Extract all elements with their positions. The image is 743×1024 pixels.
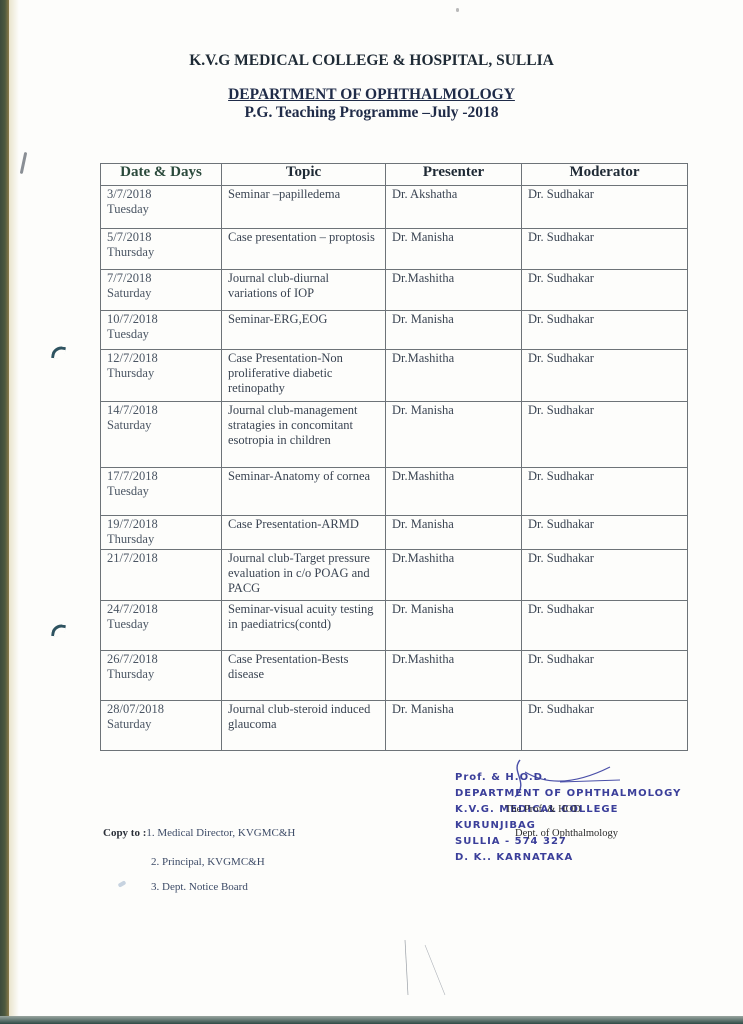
moderator-cell: Dr. Sudhakar (522, 186, 688, 229)
copy-to-label: Copy to : (103, 827, 146, 839)
copy-to-item: 1. Medical Director, KVGMC&H (146, 827, 295, 839)
presenter-cell: Dr.Mashitha (386, 468, 522, 516)
day-text: Tuesday (107, 202, 215, 217)
header-presenter: Presenter (386, 164, 522, 186)
topic-cell: Seminar-visual acuity testing in paediat… (222, 601, 386, 651)
table-row: 7/7/2018SaturdayJournal club-diurnal var… (101, 270, 688, 311)
date-text: 21/7/2018 (107, 551, 215, 566)
moderator-cell: Dr. Sudhakar (522, 701, 688, 751)
day-text: Saturday (107, 286, 215, 301)
date-cell: 21/7/2018 (101, 550, 222, 601)
scan-speck (456, 8, 459, 12)
date-cell: 14/7/2018Saturday (101, 402, 222, 468)
moderator-cell: Dr. Sudhakar (522, 516, 688, 550)
day-text: Tuesday (107, 327, 215, 342)
copy-to-item: 2. Principal, KVGMC&H (151, 856, 265, 868)
topic-cell: Journal club-Target pressure evaluation … (222, 550, 386, 601)
presenter-cell: Dr. Manisha (386, 229, 522, 270)
date-text: 12/7/2018 (107, 351, 215, 366)
pen-mark (118, 880, 127, 887)
table-row: 24/7/2018TuesdaySeminar-visual acuity te… (101, 601, 688, 651)
date-cell: 10/7/2018Tuesday (101, 311, 222, 350)
table-row: 26/7/2018ThursdayCase Presentation-Bests… (101, 651, 688, 701)
date-text: 26/7/2018 (107, 652, 215, 667)
stamp-line: Prof. & H.O.D. (455, 770, 681, 786)
moderator-cell: Dr. Sudhakar (522, 270, 688, 311)
stamp-overlay-title: The Prof. & HOD (505, 802, 581, 818)
department-title: DEPARTMENT OF OPHTHALMOLOGY (0, 86, 743, 104)
table-row: 21/7/2018Journal club-Target pressure ev… (101, 550, 688, 601)
table-row: 17/7/2018TuesdaySeminar-Anatomy of corne… (101, 468, 688, 516)
header-moderator: Moderator (522, 164, 688, 186)
table-row: 14/7/2018SaturdayJournal club-management… (101, 402, 688, 468)
presenter-cell: Dr.Mashitha (386, 350, 522, 402)
moderator-cell: Dr. Sudhakar (522, 402, 688, 468)
scan-edge-bottom (0, 1016, 743, 1024)
table-row: 19/7/2018ThursdayCase Presentation-ARMDD… (101, 516, 688, 550)
topic-cell: Case Presentation-ARMD (222, 516, 386, 550)
presenter-cell: Dr. Manisha (386, 311, 522, 350)
date-cell: 12/7/2018Thursday (101, 350, 222, 402)
table-row: 5/7/2018ThursdayCase presentation – prop… (101, 229, 688, 270)
institution-title: K.V.G MEDICAL COLLEGE & HOSPITAL, SULLIA (0, 52, 743, 70)
presenter-cell: Dr.Mashitha (386, 270, 522, 311)
copy-to-item: 3. Dept. Notice Board (151, 881, 248, 893)
date-cell: 19/7/2018Thursday (101, 516, 222, 550)
schedule-table: Date & Days Topic Presenter Moderator 3/… (100, 163, 688, 751)
hod-stamp: Prof. & H.O.D. DEPARTMENT OF OPHTHALMOLO… (455, 770, 681, 866)
topic-cell: Seminar –papilledema (222, 186, 386, 229)
day-text: Thursday (107, 245, 215, 260)
date-cell: 17/7/2018Tuesday (101, 468, 222, 516)
stamp-line: DEPARTMENT OF OPHTHALMOLOGY (455, 786, 681, 802)
topic-cell: Case Presentation-Non proliferative diab… (222, 350, 386, 402)
topic-cell: Case presentation – proptosis (222, 229, 386, 270)
date-text: 17/7/2018 (107, 469, 215, 484)
day-text: Tuesday (107, 484, 215, 499)
table-header-row: Date & Days Topic Presenter Moderator (101, 164, 688, 186)
day-text: Thursday (107, 667, 215, 682)
date-text: 14/7/2018 (107, 403, 215, 418)
date-cell: 26/7/2018Thursday (101, 651, 222, 701)
table-row: 3/7/2018TuesdaySeminar –papilledemaDr. A… (101, 186, 688, 229)
topic-cell: Seminar-Anatomy of cornea (222, 468, 386, 516)
header-date: Date & Days (101, 164, 222, 186)
paper-crease (400, 940, 450, 1000)
presenter-cell: Dr. Manisha (386, 701, 522, 751)
stamp-overlay-dept: Dept. of Ophthalmology (515, 826, 618, 842)
table-row: 10/7/2018TuesdaySeminar-ERG,EOGDr. Manis… (101, 311, 688, 350)
scan-shadow (9, 0, 19, 1024)
date-text: 7/7/2018 (107, 271, 215, 286)
moderator-cell: Dr. Sudhakar (522, 468, 688, 516)
day-text: Tuesday (107, 617, 215, 632)
topic-cell: Seminar-ERG,EOG (222, 311, 386, 350)
date-cell: 5/7/2018Thursday (101, 229, 222, 270)
presenter-cell: Dr. Manisha (386, 402, 522, 468)
day-text: Thursday (107, 366, 215, 381)
presenter-cell: Dr. Akshatha (386, 186, 522, 229)
scan-mark (20, 152, 28, 174)
date-text: 28/07/2018 (107, 702, 215, 717)
day-text: Saturday (107, 418, 215, 433)
day-text: Thursday (107, 532, 215, 547)
moderator-cell: Dr. Sudhakar (522, 350, 688, 402)
stamp-line: D. K.. KARNATAKA (455, 850, 681, 866)
topic-cell: Case Presentation-Bests disease (222, 651, 386, 701)
date-cell: 28/07/2018Saturday (101, 701, 222, 751)
date-cell: 7/7/2018Saturday (101, 270, 222, 311)
moderator-cell: Dr. Sudhakar (522, 550, 688, 601)
date-text: 5/7/2018 (107, 230, 215, 245)
date-text: 3/7/2018 (107, 187, 215, 202)
date-text: 10/7/2018 (107, 312, 215, 327)
topic-cell: Journal club-diurnal variations of IOP (222, 270, 386, 311)
date-text: 19/7/2018 (107, 517, 215, 532)
moderator-cell: Dr. Sudhakar (522, 651, 688, 701)
date-cell: 3/7/2018Tuesday (101, 186, 222, 229)
table-row: 12/7/2018ThursdayCase Presentation-Non p… (101, 350, 688, 402)
scan-edge-left (0, 0, 9, 1024)
moderator-cell: Dr. Sudhakar (522, 311, 688, 350)
header-topic: Topic (222, 164, 386, 186)
presenter-cell: Dr. Manisha (386, 601, 522, 651)
table-row: 28/07/2018SaturdayJournal club-steroid i… (101, 701, 688, 751)
date-text: 24/7/2018 (107, 602, 215, 617)
punch-hole-icon (51, 345, 66, 360)
programme-title: P.G. Teaching Programme –July -2018 (0, 104, 743, 122)
topic-cell: Journal club-management stratagies in co… (222, 402, 386, 468)
topic-cell: Journal club-steroid induced glaucoma (222, 701, 386, 751)
presenter-cell: Dr.Mashitha (386, 550, 522, 601)
presenter-cell: Dr. Manisha (386, 516, 522, 550)
day-text: Saturday (107, 717, 215, 732)
moderator-cell: Dr. Sudhakar (522, 601, 688, 651)
moderator-cell: Dr. Sudhakar (522, 229, 688, 270)
punch-hole-icon (51, 623, 66, 638)
presenter-cell: Dr.Mashitha (386, 651, 522, 701)
date-cell: 24/7/2018Tuesday (101, 601, 222, 651)
